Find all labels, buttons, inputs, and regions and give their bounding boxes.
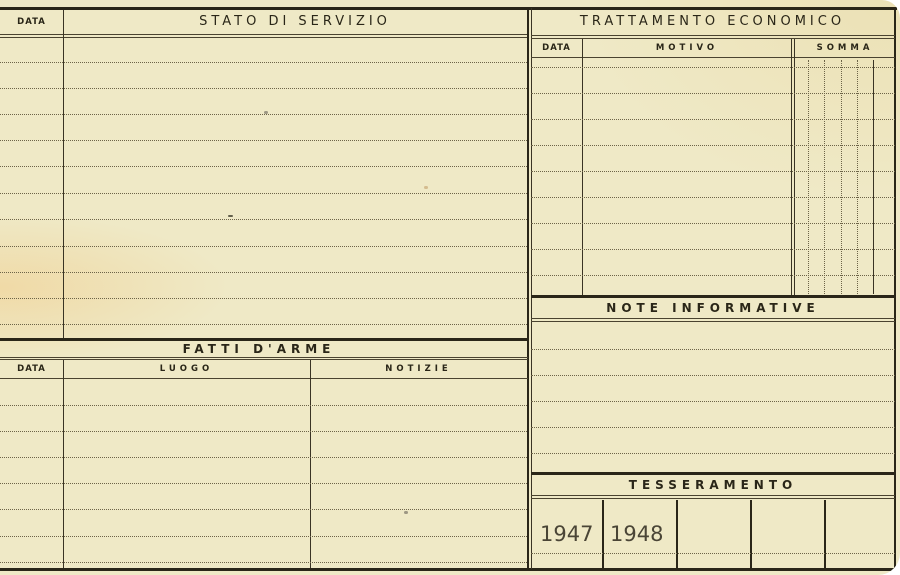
stato-di-servizio-title: STATO DI SERVIZIO — [63, 14, 527, 29]
tesseramento-title-rule-2 — [531, 498, 895, 499]
trattamento-row-line — [531, 197, 895, 198]
stato-row-line — [0, 219, 527, 220]
stato-data-header: DATA — [0, 17, 63, 27]
tesseramento-title-rule — [531, 495, 895, 496]
trattamento-row-line — [531, 249, 895, 250]
fatti-title-rule-2 — [0, 359, 528, 360]
trattamento-economico-title: TRATTAMENTO ECONOMICO — [531, 14, 894, 29]
paper-speck — [404, 511, 408, 514]
fatti-row-line — [0, 509, 527, 510]
tesseramento-year-2: 1948 — [610, 522, 663, 546]
record-card: DATA STATO DI SERVIZIO FATTI D'ARME DATA… — [0, 0, 900, 575]
paper-speck — [264, 111, 268, 114]
trattamento-somma-header: SOMMA — [795, 43, 895, 53]
somma-digit-divider — [808, 60, 809, 294]
fatti-top-rule — [0, 338, 528, 341]
trattamento-title-rule — [531, 35, 895, 36]
trattamento-colhead-rule — [531, 57, 895, 58]
fatti-row-line — [0, 405, 527, 406]
trattamento-row-line — [531, 67, 895, 68]
note-row-line — [531, 375, 895, 376]
fatti-data-header: DATA — [0, 364, 63, 374]
tesseramento-col-divider — [750, 500, 752, 568]
trattamento-motivo-header: MOTIVO — [583, 43, 791, 53]
stato-row-line — [0, 166, 527, 167]
tesseramento-title: TESSERAMENTO — [531, 478, 895, 492]
center-divider — [527, 8, 529, 569]
note-row-line — [531, 453, 895, 454]
tesseramento-row-line — [531, 553, 895, 554]
somma-digit-divider — [841, 60, 842, 294]
trattamento-row-line — [531, 145, 895, 146]
trattamento-data-header: DATA — [531, 43, 582, 53]
fatti-row-line — [0, 562, 527, 563]
trattamento-row-line — [531, 223, 895, 224]
stato-header-rule-2 — [0, 37, 527, 38]
stato-row-line — [0, 246, 527, 247]
stato-data-divider — [63, 10, 64, 339]
stato-header-rule — [0, 34, 527, 35]
tesseramento-col-divider — [602, 500, 604, 568]
tesseramento-year-1: 1947 — [540, 522, 593, 546]
stato-row-line — [0, 324, 527, 325]
stato-row-line — [0, 140, 527, 141]
top-border — [0, 7, 897, 10]
note-row-line — [531, 349, 895, 350]
fatti-notizie-header: NOTIZIE — [310, 364, 527, 374]
trattamento-row-line — [531, 275, 895, 276]
bottom-border — [0, 568, 895, 571]
somma-digit-divider — [857, 60, 858, 294]
trattamento-title-rule-2 — [531, 38, 895, 39]
note-top-rule — [531, 295, 895, 298]
paper-speck — [424, 186, 428, 189]
fatti-darme-title: FATTI D'ARME — [0, 342, 518, 356]
note-informative-title: NOTE INFORMATIVE — [531, 301, 895, 315]
fatti-title-rule — [0, 357, 528, 358]
fatti-row-line — [0, 457, 527, 458]
trattamento-row-line — [531, 93, 895, 94]
somma-cents-divider — [873, 60, 874, 294]
fatti-row-line — [0, 431, 527, 432]
trattamento-row-line — [531, 171, 895, 172]
trattamento-row-line — [531, 119, 895, 120]
fatti-colhead-rule — [0, 378, 528, 379]
paper-speck — [228, 215, 233, 217]
tesseramento-top-rule — [531, 472, 895, 475]
trattamento-motivo-divider-2 — [794, 39, 795, 295]
stato-row-line — [0, 193, 527, 194]
somma-digit-divider — [824, 60, 825, 294]
trattamento-motivo-divider — [791, 39, 792, 295]
fatti-row-line — [0, 536, 527, 537]
note-title-rule — [531, 318, 895, 319]
note-title-rule-2 — [531, 321, 895, 322]
stato-row-line — [0, 298, 527, 299]
note-row-line — [531, 427, 895, 428]
fatti-row-line — [0, 483, 527, 484]
stato-row-line — [0, 62, 527, 63]
tesseramento-col-divider — [676, 500, 678, 568]
stato-row-line — [0, 272, 527, 273]
fatti-luogo-header: LUOGO — [63, 364, 310, 374]
note-row-line — [531, 401, 895, 402]
stato-row-line — [0, 88, 527, 89]
tesseramento-col-divider — [824, 500, 826, 568]
trattamento-data-divider — [582, 39, 583, 295]
stato-row-line — [0, 114, 527, 115]
